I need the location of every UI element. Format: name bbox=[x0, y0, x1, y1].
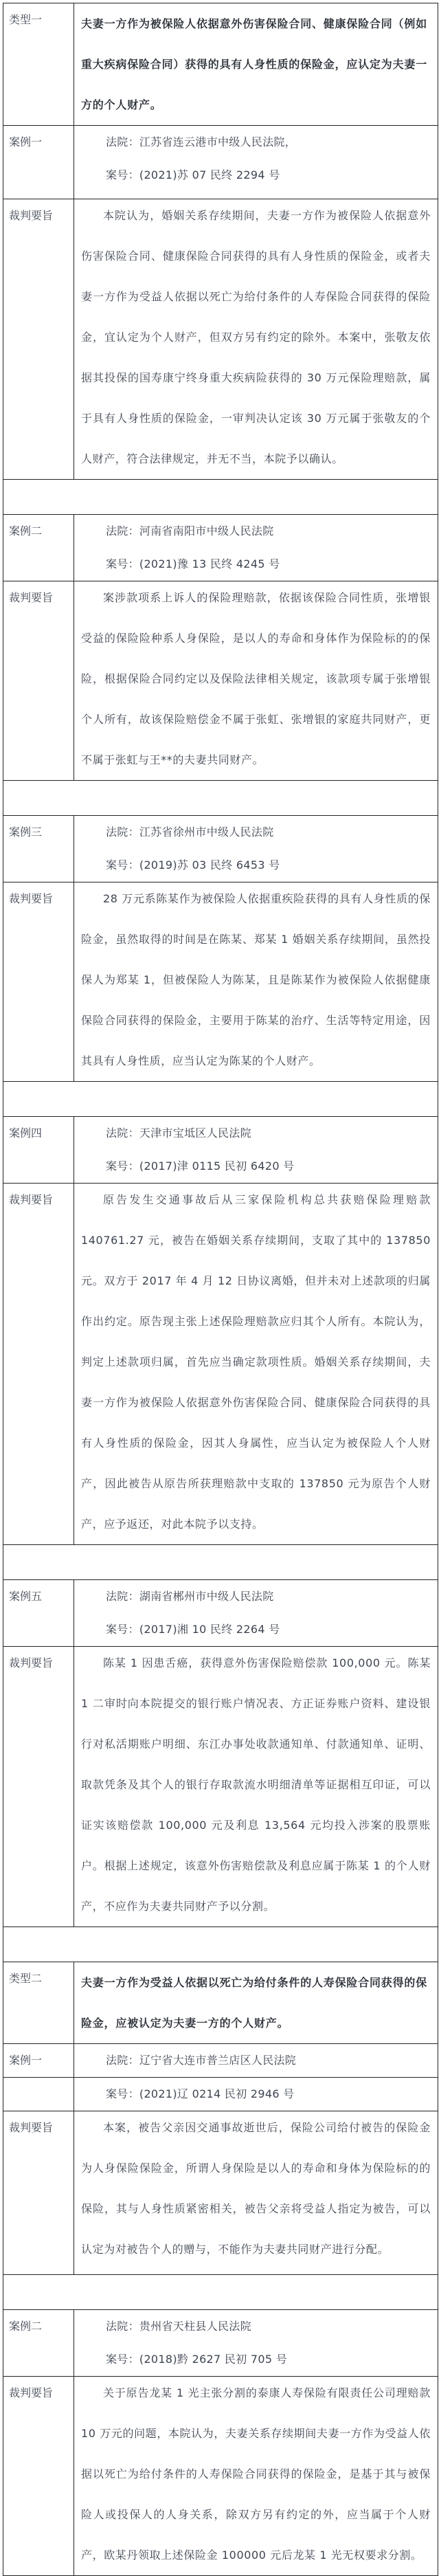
case-row: 案例一 法院：江苏省连云港市中级人民法院， 案号：(2021)苏 07 民终 2… bbox=[3, 126, 438, 199]
ruling-row: 裁判要旨 28 万元系陈某作为被保险人依据重疾险获得的具有人身性质的保险金，虽然… bbox=[3, 882, 438, 1082]
spacer-row bbox=[3, 1082, 438, 1117]
case-label: 案例四 bbox=[3, 1117, 74, 1184]
ruling-text: 案涉款项系上诉人的保险理赔款，依据该保险合同性质，张增银受益的保险险种系人身保险… bbox=[81, 577, 431, 780]
spacer-row bbox=[3, 1927, 438, 1962]
case-table-document: 类型一 夫妻一方作为被保险人依据意外伤害保险合同、健康保险合同（例如重大疾病保险… bbox=[3, 3, 438, 2239]
ruling-text: 28 万元系陈某作为被保险人依据重疾险获得的具有人身性质的保险金，虽然取得的时间… bbox=[81, 878, 431, 1081]
ruling-row: 裁判要旨 本院认为，婚姻关系存续期间，夫妻一方作为被保险人依据意外伤害保险合同、… bbox=[3, 199, 438, 480]
ruling-label: 裁判要旨 bbox=[3, 2111, 74, 2240]
ruling-text: 原告发生交通事故后从三家保险机构总共获赔保险理赔款 140761.27 元，被告… bbox=[81, 1179, 431, 1544]
ruling-label: 裁判要旨 bbox=[3, 199, 74, 480]
court-name: 法院：湖南省郴州市中级人民法院 bbox=[81, 1580, 431, 1613]
case-row: 案例四 法院：天津市宝坻区人民法院 案号：(2017)津 0115 民初 642… bbox=[3, 1117, 438, 1184]
ruling-label: 裁判要旨 bbox=[3, 1184, 74, 1545]
case-number: 案号：(2019)苏 03 民终 6453 号 bbox=[81, 849, 431, 882]
case-number: 案号：(2017)津 0115 民初 6420 号 bbox=[81, 1150, 431, 1183]
case-number: 案号：(2021)辽 0214 民初 2946 号 bbox=[81, 2078, 431, 2111]
ruling-row: 裁判要旨 陈某 1 因患舌癌，获得意外伤害保险赔偿款 100,000 元。陈某 … bbox=[3, 1647, 438, 1927]
type-summary: 夫妻一方作为受益人依据以死亡为给付条件的人寿保险合同获得的保险金，应被认定为夫妻… bbox=[81, 1962, 431, 2043]
ruling-row: 裁判要旨 案涉款项系上诉人的保险理赔款，依据该保险合同性质，张增银受益的保险险种… bbox=[3, 581, 438, 781]
spacer-row bbox=[3, 1545, 438, 1580]
ruling-label: 裁判要旨 bbox=[3, 882, 74, 1082]
case-label: 案例一 bbox=[3, 2044, 74, 2078]
ruling-text: 陈某 1 因患舌癌，获得意外伤害保险赔偿款 100,000 元。陈某 1 二审时… bbox=[81, 1643, 431, 1927]
ruling-row: 裁判要旨 原告发生交通事故后从三家保险机构总共获赔保险理赔款 140761.27… bbox=[3, 1184, 438, 1545]
case-number: 案号：(2017)湘 10 民终 2264 号 bbox=[81, 1613, 431, 1646]
type-label: 类型一 bbox=[3, 3, 74, 126]
case-number: 案号：(2021)豫 13 民终 4245 号 bbox=[81, 548, 431, 581]
case-row: 案例二 法院：河南省南阳市中级人民法院 案号：(2021)豫 13 民终 424… bbox=[3, 515, 438, 581]
case-label: 案例一 bbox=[3, 126, 74, 199]
spacer-row bbox=[3, 781, 438, 816]
case-label: 案例二 bbox=[3, 515, 74, 581]
type-label: 类型二 bbox=[3, 1962, 74, 2044]
type-row: 类型二 夫妻一方作为受益人依据以死亡为给付条件的人寿保险合同获得的保险金，应被认… bbox=[3, 1962, 438, 2044]
case-number: 案号：(2021)苏 07 民终 2294 号 bbox=[81, 159, 431, 192]
case-label: 案例五 bbox=[3, 1580, 74, 1647]
court-name: 法院：江苏省徐州市中级人民法院 bbox=[81, 816, 431, 849]
court-name: 法院：江苏省连云港市中级人民法院， bbox=[81, 126, 431, 159]
type-summary: 夫妻一方作为被保险人依据意外伤害保险合同、健康保险合同（例如重大疾病保险合同）获… bbox=[81, 3, 431, 125]
court-name: 法院：河南省南阳市中级人民法院 bbox=[81, 515, 431, 548]
court-name: 法院：辽宁省大连市普兰店区人民法院 bbox=[81, 2044, 431, 2077]
court-name: 法院：天津市宝坻区人民法院 bbox=[81, 1117, 431, 1150]
spacer-row bbox=[3, 480, 438, 515]
ruling-label: 裁判要旨 bbox=[3, 581, 74, 781]
case-label: 案例三 bbox=[3, 816, 74, 882]
ruling-text: 本案，被告父亲因交通事故逝世后，保险公司给付被告的保险金为人身保险保险金，所谓人… bbox=[81, 2107, 431, 2239]
case-row: 案例三 法院：江苏省徐州市中级人民法院 案号：(2019)苏 03 民终 645… bbox=[3, 816, 438, 882]
ruling-text: 本院认为，婚姻关系存续期间，夫妻一方作为被保险人依据意外伤害保险合同、健康保险合… bbox=[81, 195, 431, 479]
case-number-row: 案号：(2021)辽 0214 民初 2946 号 bbox=[3, 2078, 438, 2111]
ruling-row: 裁判要旨 本案，被告父亲因交通事故逝世后，保险公司给付被告的保险金为人身保险保险… bbox=[3, 2111, 438, 2240]
case-row: 案例五 法院：湖南省郴州市中级人民法院 案号：(2017)湘 10 民终 226… bbox=[3, 1580, 438, 1647]
ruling-label: 裁判要旨 bbox=[3, 1647, 74, 1927]
case-table: 类型一 夫妻一方作为被保险人依据意外伤害保险合同、健康保险合同（例如重大疾病保险… bbox=[3, 3, 438, 2239]
case-row: 案例一 法院：辽宁省大连市普兰店区人民法院 bbox=[3, 2044, 438, 2078]
type-row: 类型一 夫妻一方作为被保险人依据意外伤害保险合同、健康保险合同（例如重大疾病保险… bbox=[3, 3, 438, 126]
